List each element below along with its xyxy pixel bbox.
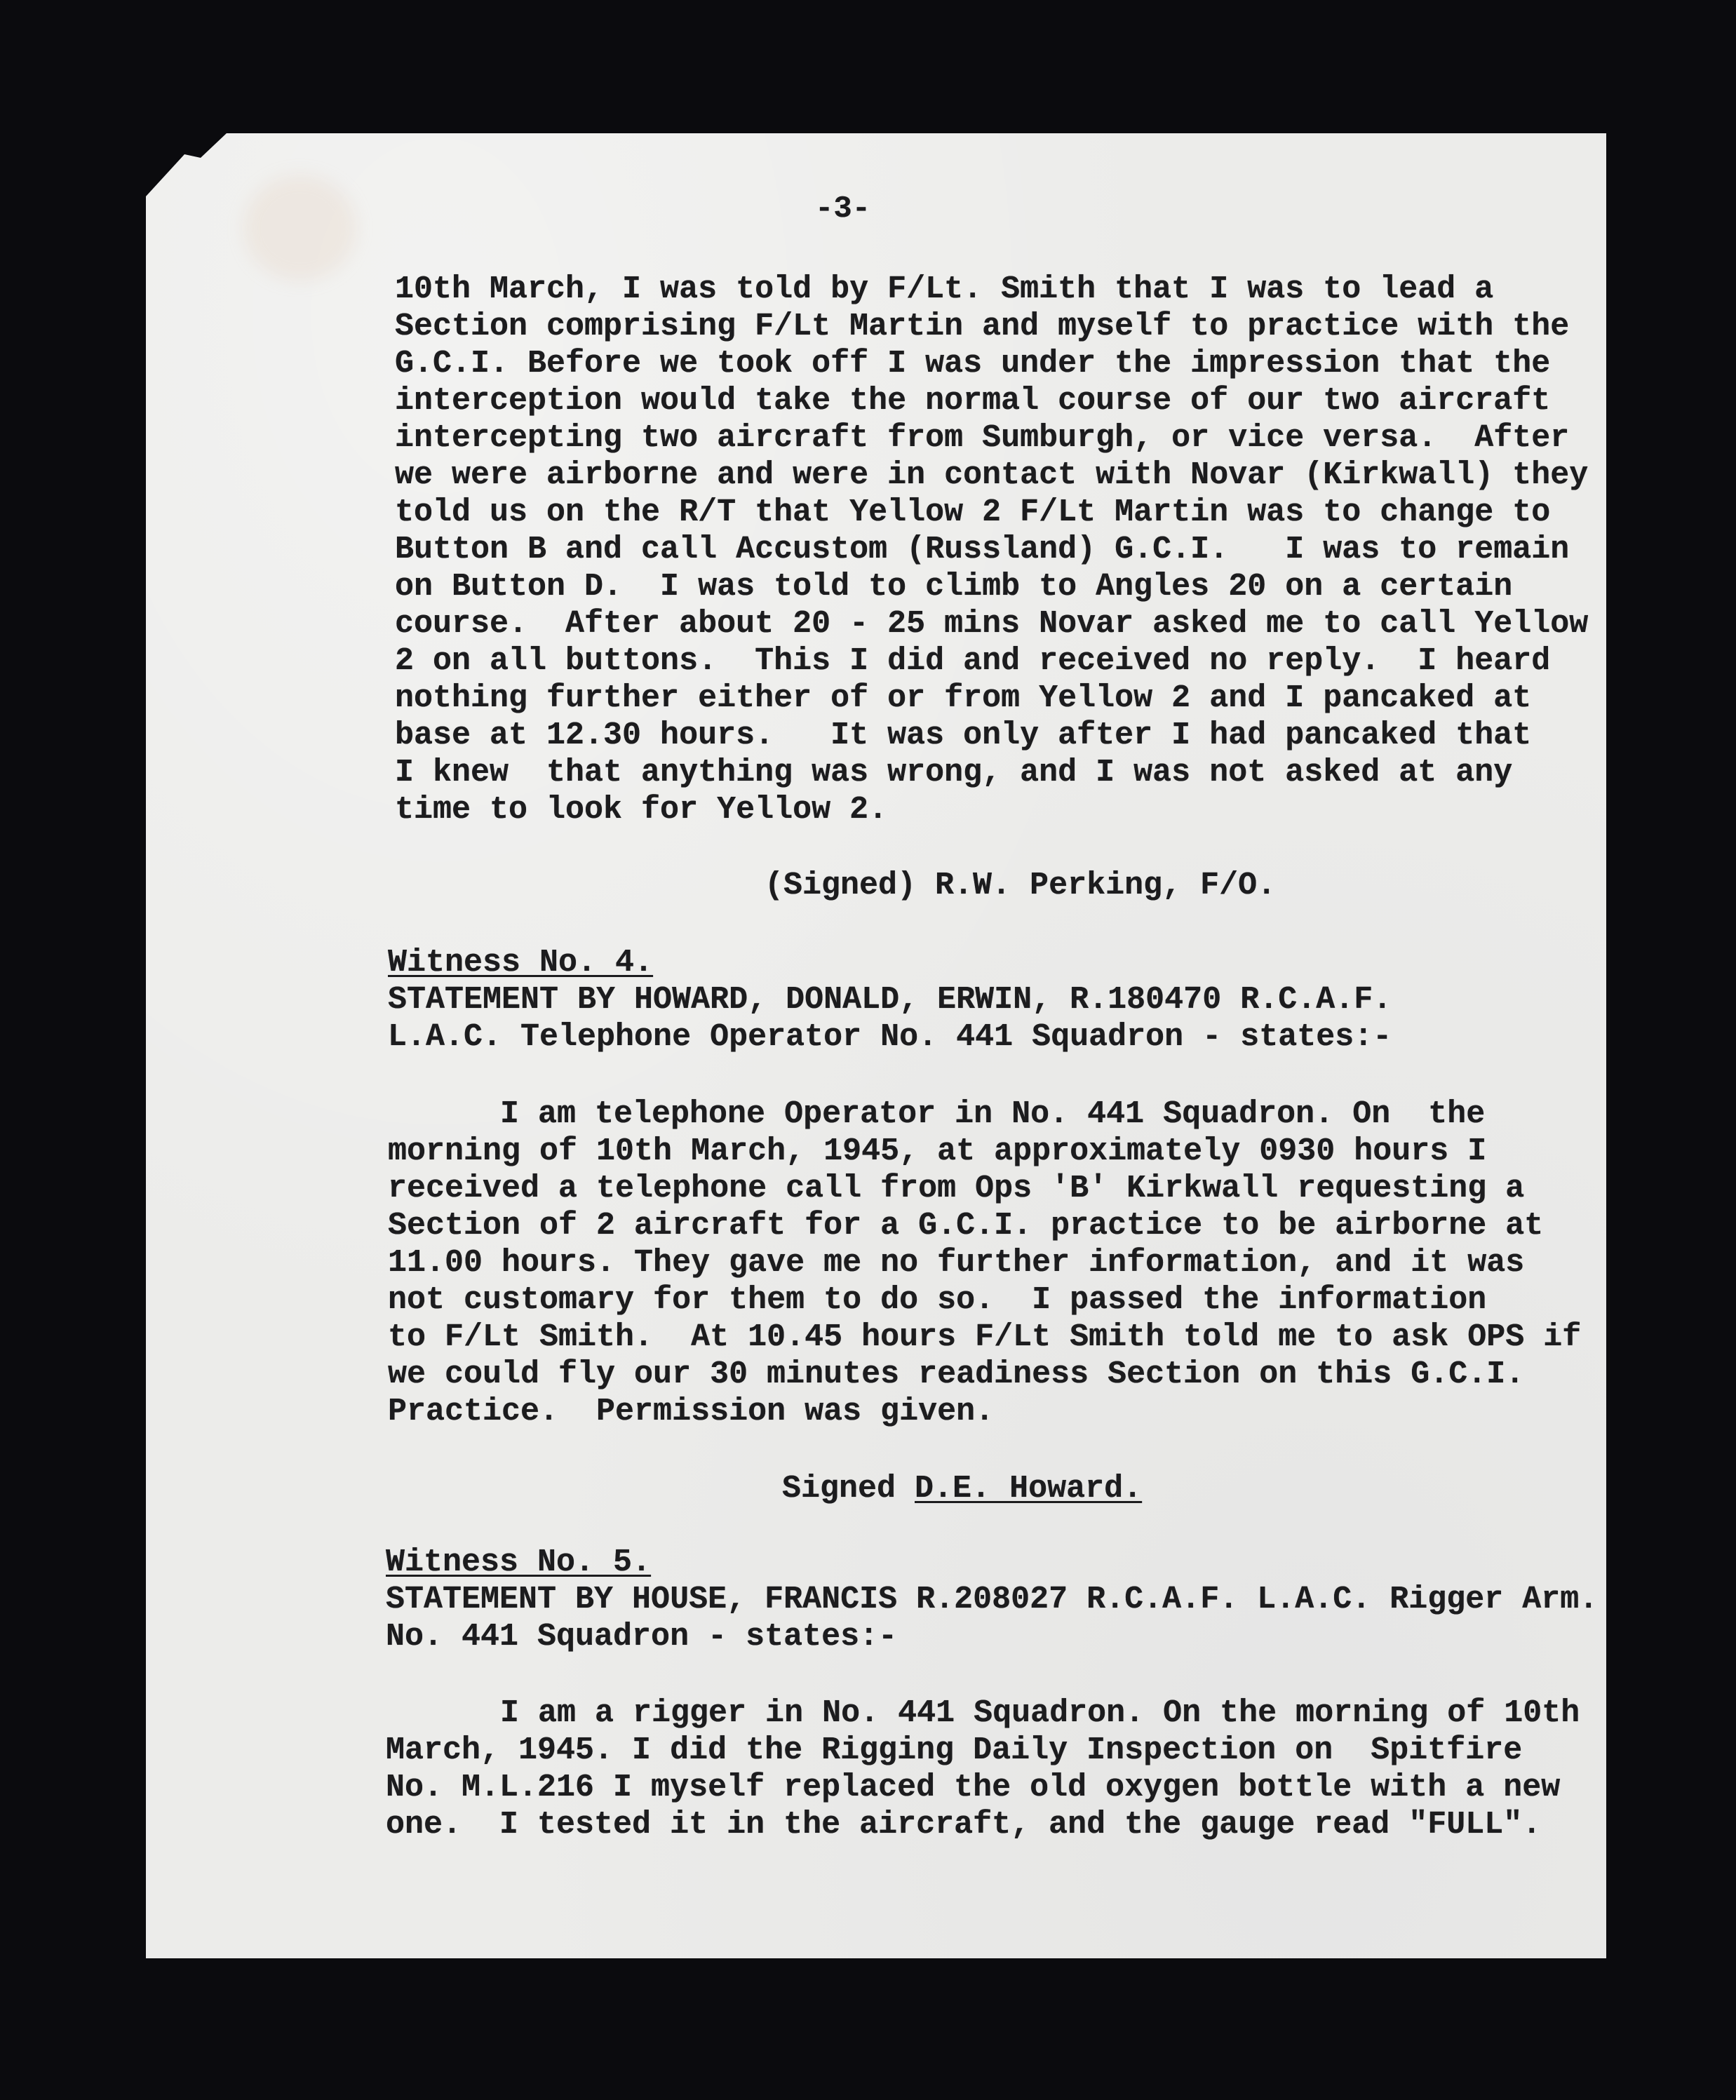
document-page: -3- 10th March, I was told by F/Lt. Smit… bbox=[146, 133, 1606, 1958]
text-line: received a telephone call from Ops 'B' K… bbox=[388, 1170, 1524, 1207]
text-line: morning of 10th March, 1945, at approxim… bbox=[388, 1133, 1486, 1170]
text-line: 11.00 hours. They gave me no further inf… bbox=[388, 1244, 1524, 1281]
text-line: I am telephone Operator in No. 441 Squad… bbox=[500, 1096, 1485, 1133]
witness-4-statement-line: STATEMENT BY HOWARD, DONALD, ERWIN, R.18… bbox=[388, 981, 1392, 1018]
text-line: nothing further either of or from Yellow… bbox=[395, 680, 1531, 717]
paper-stain bbox=[244, 175, 356, 281]
text-line: course. After about 20 - 25 mins Novar a… bbox=[395, 605, 1588, 642]
text-line: we were airborne and were in contact wit… bbox=[395, 457, 1588, 494]
signature-howard: Signed D.E. Howard. bbox=[782, 1470, 1142, 1507]
page-number: -3- bbox=[815, 191, 870, 228]
text-line: Section of 2 aircraft for a G.C.I. pract… bbox=[388, 1207, 1543, 1244]
text-line: I am a rigger in No. 441 Squadron. On th… bbox=[500, 1695, 1580, 1732]
text-line: interception would take the normal cours… bbox=[395, 382, 1550, 419]
witness-4-heading: Witness No. 4. bbox=[388, 944, 653, 981]
witness-5-heading: Witness No. 5. bbox=[386, 1544, 651, 1581]
text-line: March, 1945. I did the Rigging Daily Ins… bbox=[386, 1732, 1522, 1769]
text-line: 2 on all buttons. This I did and receive… bbox=[395, 642, 1550, 680]
text-line: intercepting two aircraft from Sumburgh,… bbox=[395, 419, 1569, 457]
signature-perking: (Signed) R.W. Perking, F/O. bbox=[765, 867, 1276, 904]
text-line: Section comprising F/Lt Martin and mysel… bbox=[395, 308, 1569, 345]
text-line: one. I tested it in the aircraft, and th… bbox=[386, 1806, 1541, 1843]
text-line: G.C.I. Before we took off I was under th… bbox=[395, 345, 1550, 382]
witness-5-statement-line: No. 441 Squadron - states:- bbox=[386, 1618, 897, 1655]
text-line: to F/Lt Smith. At 10.45 hours F/Lt Smith… bbox=[388, 1319, 1581, 1356]
signature-prefix: Signed bbox=[782, 1471, 896, 1507]
text-line: base at 12.30 hours. It was only after I… bbox=[395, 717, 1531, 754]
text-line: time to look for Yellow 2. bbox=[395, 791, 887, 828]
text-line: 10th March, I was told by F/Lt. Smith th… bbox=[395, 271, 1493, 308]
witness-4-statement-line: L.A.C. Telephone Operator No. 441 Squadr… bbox=[388, 1018, 1392, 1056]
signature-name: D.E. Howard. bbox=[915, 1471, 1142, 1507]
text-line: told us on the R/T that Yellow 2 F/Lt Ma… bbox=[395, 494, 1550, 531]
text-line: we could fly our 30 minutes readiness Se… bbox=[388, 1356, 1524, 1393]
witness-5-statement-line: STATEMENT BY HOUSE, FRANCIS R.208027 R.C… bbox=[386, 1581, 1598, 1618]
text-line: Button B and call Accustom (Russland) G.… bbox=[395, 531, 1569, 568]
text-line: not customary for them to do so. I passe… bbox=[388, 1281, 1486, 1319]
text-line: I knew that anything was wrong, and I wa… bbox=[395, 754, 1512, 791]
text-line: No. M.L.216 I myself replaced the old ox… bbox=[386, 1769, 1560, 1806]
text-line: on Button D. I was told to climb to Angl… bbox=[395, 568, 1512, 605]
text-line: Practice. Permission was given. bbox=[388, 1393, 994, 1430]
